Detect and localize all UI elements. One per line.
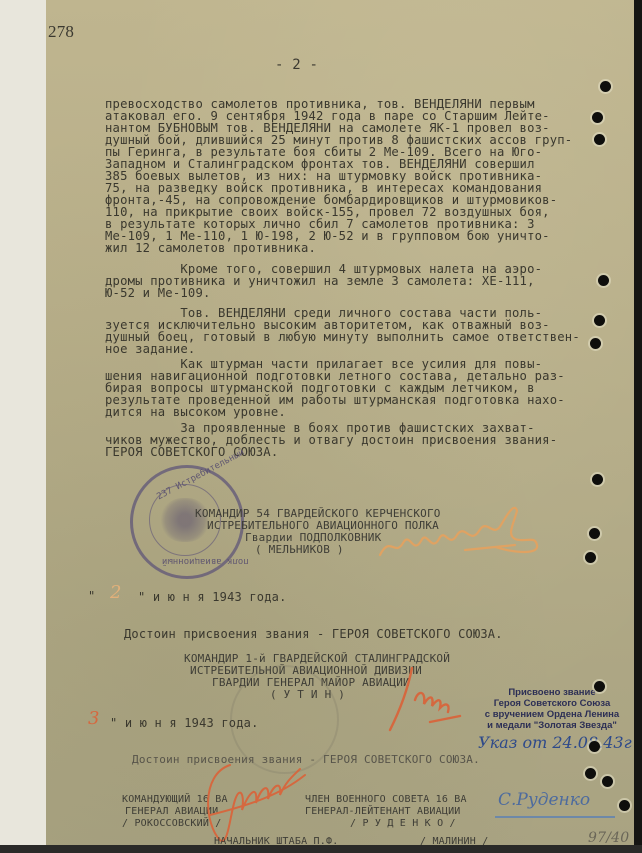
red-signature-division-icon: [360, 660, 470, 735]
punch-hole: [585, 552, 596, 563]
body-line: жил 12 самолетов противника.: [105, 243, 316, 255]
body-line: ГЕРОЯ СОВЕТСКОГО СОЮЗА.: [105, 447, 278, 459]
chief-of-staff-title: НАЧАЛЬНИК ШТАБА П.Ф.: [214, 836, 338, 848]
signature-name: ( МЕЛЬНИКОВ ): [255, 544, 344, 556]
regiment-date: " и ю н я 1943 года.: [138, 590, 287, 604]
punch-hole: [594, 134, 605, 145]
award-stamp: Присвоено звание Героя Советского Союза …: [472, 687, 632, 731]
decree-handwritten-note: Указ от 24.08.43г: [478, 733, 632, 752]
body-line: Ю-52 и Ме-109.: [105, 288, 211, 300]
seal-emblem-icon: [161, 498, 209, 542]
division-conclusion: Достоин присвоения звания - ГЕРОЯ СОВЕТС…: [124, 627, 503, 641]
punch-hole: [600, 81, 611, 92]
punch-hole: [592, 474, 603, 485]
award-stamp-line: Героя Советского Союза: [472, 698, 632, 709]
chief-of-staff-name: / МАЛИНИН /: [420, 836, 488, 848]
signature-title: ЧЛЕН ВОЕННОГО СОВЕТА 16 ВА: [305, 794, 467, 806]
archive-sheet-number: 278: [48, 22, 74, 42]
award-stamp-line: и медали "Золотая Звезда": [472, 720, 632, 731]
punch-hole: [585, 768, 596, 779]
signature-underline: [495, 816, 615, 818]
punch-hole: [590, 338, 601, 349]
scan-edge-right: [634, 0, 642, 853]
body-line: дится на высоком уровне.: [105, 407, 286, 419]
orange-signature-icon: [375, 495, 555, 570]
page-number: - 2 -: [275, 57, 318, 73]
signature-rank: ГЕНЕРАЛ-ЛЕЙТЕНАНТ АВИАЦИИ: [305, 806, 461, 818]
archive-corner-note: 97/40: [588, 830, 629, 846]
punch-hole: [592, 112, 603, 123]
division-date-day: 3: [88, 708, 99, 729]
punch-hole: [598, 275, 609, 286]
punch-hole: [589, 741, 600, 752]
blue-signature: С.Руденко: [498, 790, 590, 810]
division-date: " и ю н я 1943 года.: [110, 716, 259, 730]
punch-hole: [594, 315, 605, 326]
punch-hole: [602, 776, 613, 787]
award-stamp-line: Присвоено звание: [472, 687, 632, 698]
regiment-date-open-quote: ": [88, 589, 95, 603]
punch-hole: [594, 681, 605, 692]
seal-text-bottom: полк авиационный: [162, 556, 249, 566]
punch-hole: [589, 528, 600, 539]
punch-hole: [619, 800, 630, 811]
signature-name: / Р У Д Е Н К О /: [350, 818, 456, 830]
body-line: ное задание.: [105, 344, 195, 356]
award-stamp-line: с вручением Ордена Ленина: [472, 709, 632, 720]
regiment-date-day: 2: [110, 582, 121, 603]
scan-backing: [0, 0, 47, 853]
